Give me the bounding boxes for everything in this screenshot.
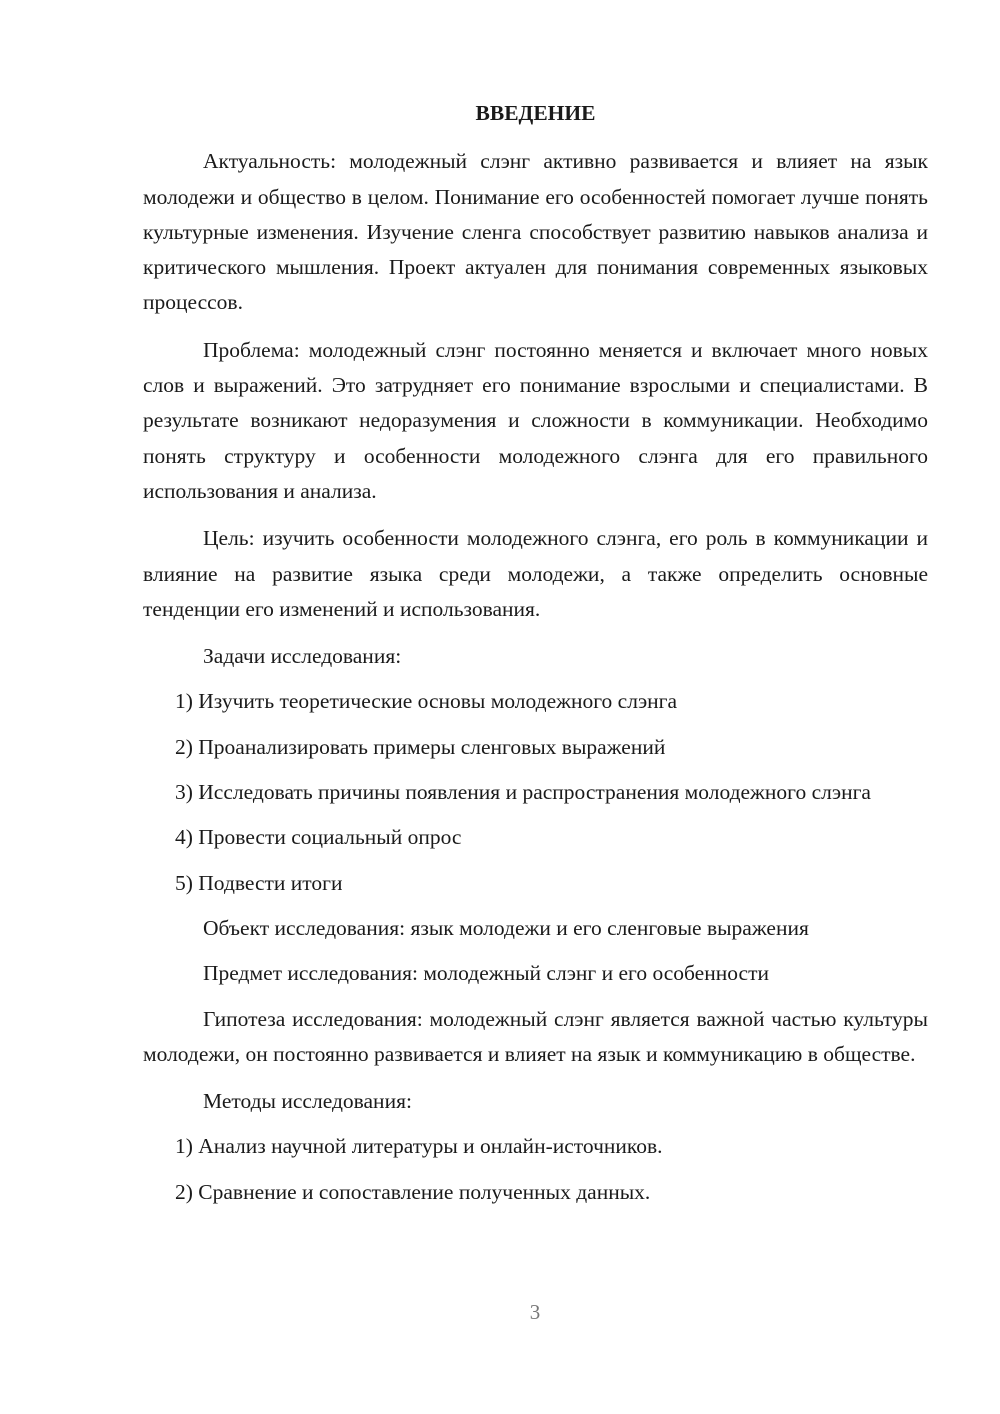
method-item: 2) Сравнение и сопоставление полученных …: [143, 1175, 928, 1210]
goal-paragraph: Цель: изучить особенности молодежного сл…: [143, 521, 928, 627]
task-item: 3) Исследовать причины появления и распр…: [143, 775, 928, 810]
relevance-paragraph: Актуальность: молодежный слэнг активно р…: [143, 144, 928, 320]
document-page: ВВЕДЕНИЕ Актуальность: молодежный слэнг …: [143, 96, 928, 1220]
page-title: ВВЕДЕНИЕ: [143, 96, 928, 131]
tasks-heading: Задачи исследования:: [143, 639, 928, 674]
page-number: 3: [0, 1300, 1000, 1325]
hypothesis-paragraph: Гипотеза исследования: молодежный слэнг …: [143, 1002, 928, 1073]
method-item: 1) Анализ научной литературы и онлайн-ис…: [143, 1129, 928, 1164]
task-item: 4) Провести социальный опрос: [143, 820, 928, 855]
problem-paragraph: Проблема: молодежный слэнг постоянно мен…: [143, 333, 928, 509]
task-item: 1) Изучить теоретические основы молодежн…: [143, 684, 928, 719]
task-item: 2) Проанализировать примеры сленговых вы…: [143, 730, 928, 765]
task-item: 5) Подвести итоги: [143, 866, 928, 901]
subject-line: Предмет исследования: молодежный слэнг и…: [143, 956, 928, 991]
object-line: Объект исследования: язык молодежи и его…: [143, 911, 928, 946]
methods-heading: Методы исследования:: [143, 1084, 928, 1119]
